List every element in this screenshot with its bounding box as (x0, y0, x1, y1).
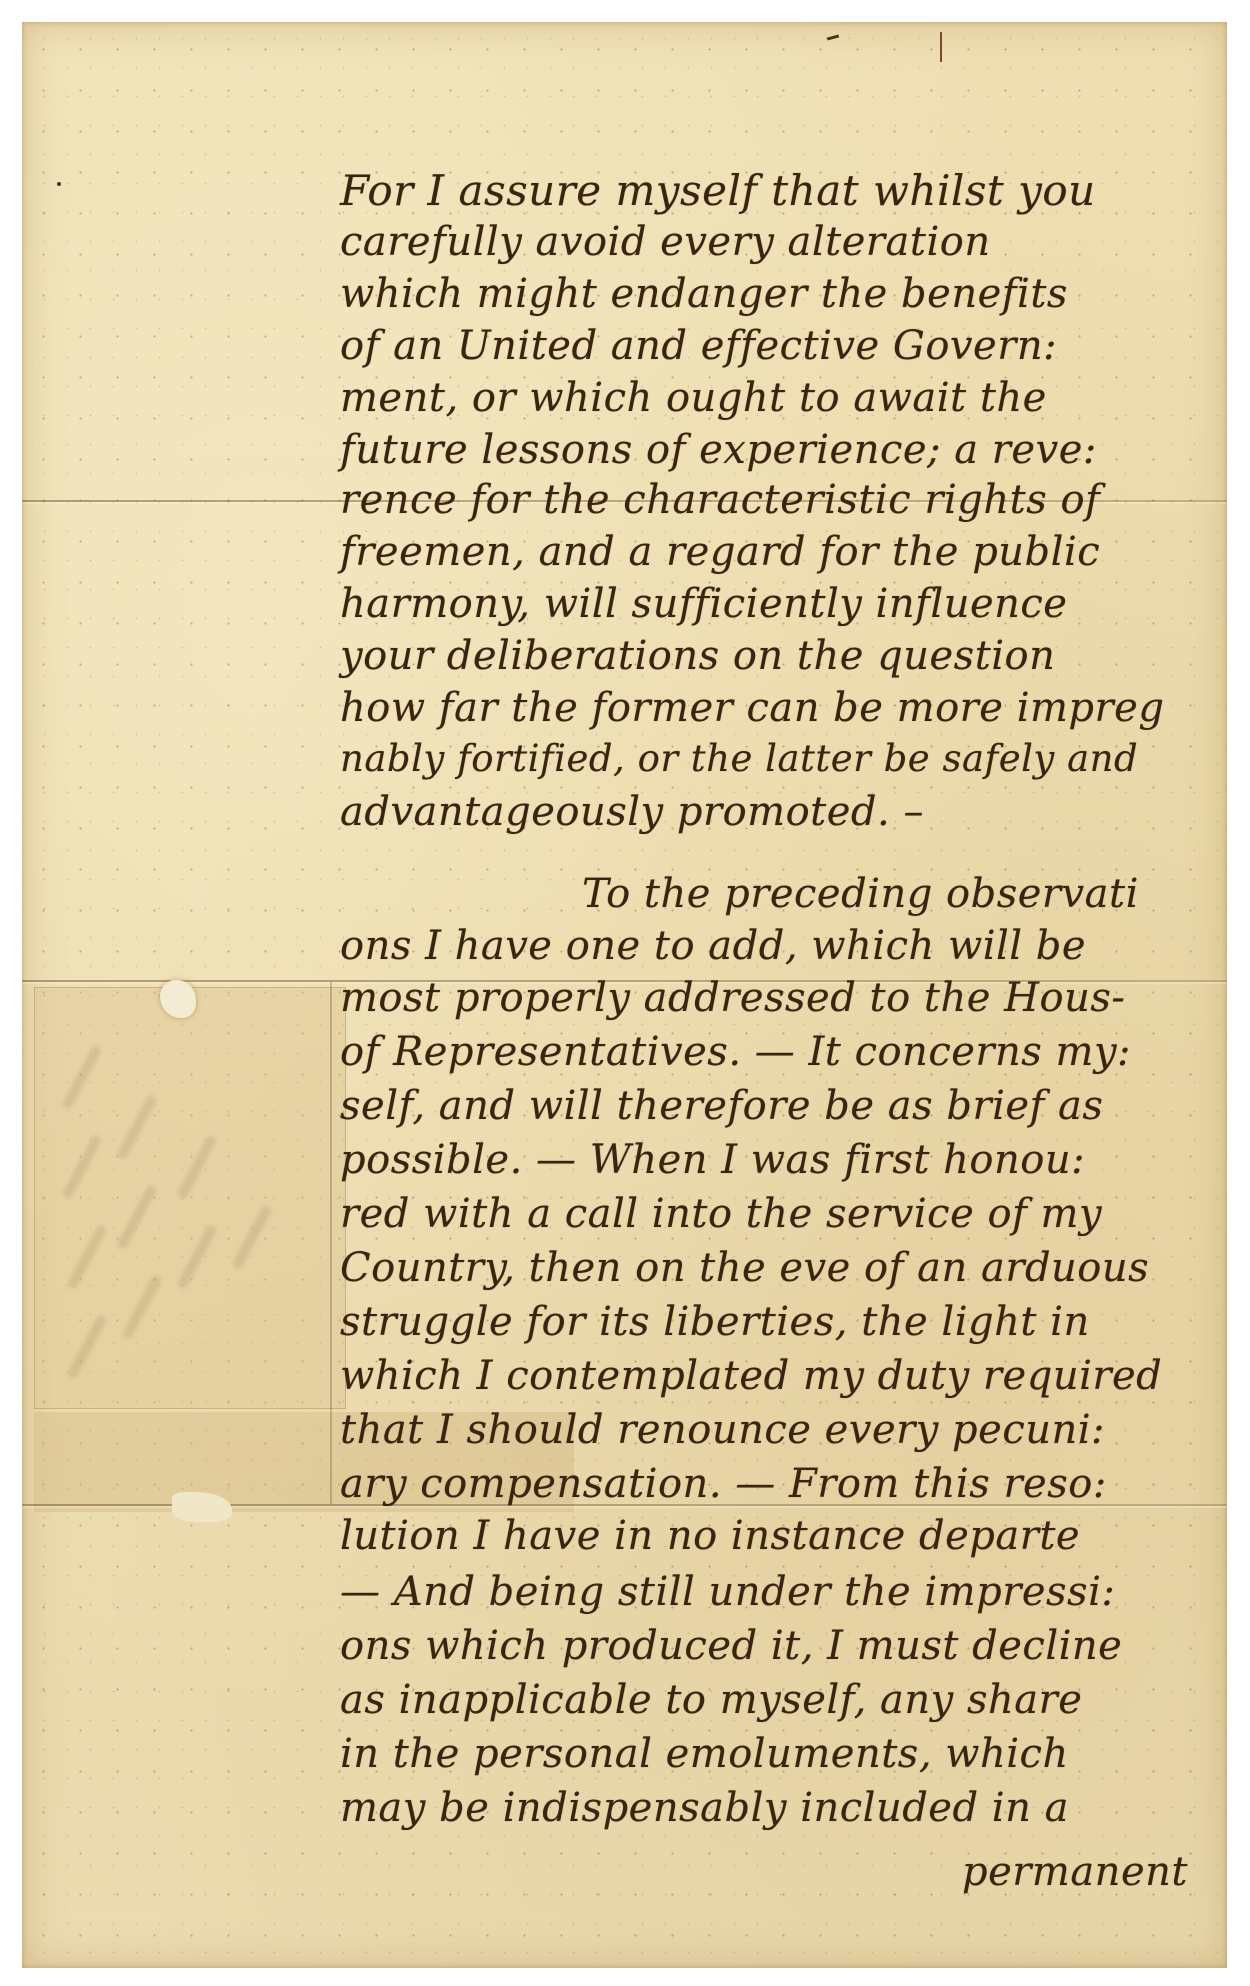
text-line: struggle for its liberties, the light in (340, 1302, 1090, 1342)
text-line: future lessons of experience; a reve: (340, 430, 1097, 470)
text-line: advantageously promoted. – (340, 792, 924, 832)
text-line: ment, or which ought to await the (340, 378, 1047, 418)
text-line: may be indispensably included in a (340, 1788, 1069, 1828)
text-line: which might endanger the benefits (340, 274, 1068, 314)
ink-dash-mark (827, 34, 839, 40)
ink-tick-mark (940, 32, 942, 62)
text-line: ary compensation. — From this reso: (340, 1464, 1107, 1504)
text-line: as inapplicable to myself, any share (340, 1680, 1082, 1720)
text-line: red with a call into the service of my (340, 1194, 1102, 1234)
text-line: To the preceding observati (582, 874, 1139, 914)
text-line: — And being still under the impressi: (340, 1572, 1115, 1612)
text-line: in the personal emoluments, which (340, 1734, 1069, 1774)
text-line: that I should renounce every pecuni: (340, 1410, 1105, 1450)
fold-line-vertical (330, 982, 332, 1504)
text-line: rence for the characteristic rights of (340, 480, 1100, 520)
text-line: self, and will therefore be as brief as (340, 1086, 1103, 1126)
text-line: carefully avoid every alteration (340, 222, 991, 262)
text-line: of an United and effective Govern: (340, 326, 1057, 366)
text-line: lution I have in no instance departe (340, 1516, 1080, 1556)
text-line: freemen, and a regard for the public (340, 532, 1100, 572)
text-line: For I assure myself that whilst you (340, 170, 1096, 212)
text-line: harmony, will sufficiently influence (340, 584, 1067, 624)
text-line: ons I have one to add, which will be (340, 926, 1086, 966)
manuscript-page: For I assure myself that whilst you care… (22, 22, 1227, 1968)
catchword: permanent (962, 1852, 1188, 1892)
text-line: your deliberations on the question (340, 636, 1055, 676)
text-line: nably fortified, or the latter be safely… (340, 740, 1138, 777)
text-line: ons which produced it, I must decline (340, 1626, 1122, 1666)
text-line: how far the former can be more impreg (340, 688, 1164, 728)
text-line: possible. — When I was first honou: (340, 1140, 1085, 1180)
text-line: most properly addressed to the Hous- (340, 978, 1125, 1018)
ink-dot-mark (57, 182, 61, 186)
text-line: which I contemplated my duty required (340, 1356, 1162, 1396)
text-line: of Representatives. — It concerns my: (340, 1032, 1131, 1072)
text-line: Country, then on the eve of an arduous (340, 1248, 1149, 1288)
